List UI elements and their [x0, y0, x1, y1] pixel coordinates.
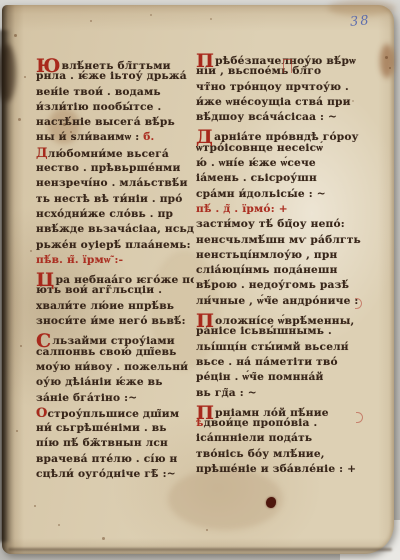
text-line: льі́шці́н сты́имй вьселн́	[196, 340, 362, 355]
text-line: за́ніе бга́тіно :~	[36, 391, 194, 406]
body-text: оу́ю дѣіа́ніи ѥ́же вь	[36, 376, 163, 388]
drop-cap-initial: П	[196, 52, 214, 71]
text-line: прѣше́ніе и зба́вле́ніе : +	[196, 462, 362, 477]
speck	[16, 430, 18, 432]
body-text: лю́бомни́ме вьсега́	[48, 148, 169, 160]
speck	[30, 250, 32, 252]
text-line: вѣ́дшоу вса́ча́сісаа : ~	[196, 110, 362, 125]
text-line: врачева́ пте́лю . сі́ю н	[36, 452, 194, 467]
body-text: и́зли́тію пообы́тсе .	[36, 101, 161, 113]
speck	[210, 18, 212, 20]
body-text: вѣ́дшоу вса́ча́сісаа : ~	[196, 111, 337, 123]
text-line: и́зли́тію пообы́тсе .	[36, 100, 194, 115]
body-text: іса́пнніели пода́ть	[196, 432, 312, 444]
body-text: ненстьці́нмлоу́ю , прн	[196, 249, 337, 261]
speck	[389, 67, 391, 69]
text-line: вен́іе твои́ . водамь	[36, 85, 194, 100]
text-line: Прѣбе́зпачелноу́ю вѣ́рѡ	[196, 49, 362, 64]
text-line: Дарніа́те про́вндѣ го́роу	[196, 125, 362, 140]
body-text: за́ніе бга́тіно :~	[36, 392, 137, 404]
body-text: іа́мень . сьісроу́шн	[196, 172, 317, 184]
rubric-margin-mark	[283, 59, 292, 73]
body-text: ть нестѣ вѣ ти́ніи . про́	[36, 193, 183, 205]
text-line: іа́мень . сьісроу́шн	[196, 171, 362, 186]
text-line: пі́ю пѣ́ бж̃твнын лсн	[36, 436, 194, 451]
text-line: Сльзайми строу́іами	[36, 329, 194, 344]
body-text: нсхо́дни́же сло́вь . пр	[36, 208, 173, 220]
text-line: пѣ́в. н̃. їрмѡ̃ :-	[36, 253, 194, 268]
speck	[385, 56, 388, 59]
text-line: и́же ѡне́соущіа ства́ при	[196, 95, 362, 110]
body-text: льі́шці́н сты́имй вьселн́	[196, 341, 349, 353]
drop-cap-initial: О	[36, 406, 48, 421]
text-line: Прніамн ло́й пѣ́ние	[196, 401, 362, 416]
text-line: пѣ́ . д̃ . їрмо́: +	[196, 202, 362, 217]
speck	[14, 34, 17, 37]
text-line: чт̃но тро́нцоу прчтоу́ю .	[196, 80, 362, 95]
body-text: врачева́ пте́лю . сі́ю н	[36, 453, 177, 465]
body-text: моу́ю ни́воу . пожельни́	[36, 361, 188, 373]
rubric-text: пѣ́ . д̃ . їрмо́: +	[196, 203, 288, 215]
text-line: зноси́те и́ме него́ вьвѣ́:	[36, 314, 194, 329]
text-line: оу́ю дѣіа́ніи ѥ́же вь	[36, 375, 194, 390]
text-line: моу́ю ни́воу . пожельни́	[36, 360, 194, 375]
rubric-text: пѣ́в. н̃. їрмѡ̃ :-	[36, 254, 123, 266]
text-line: Остроу́пльшисе дш̃им	[36, 406, 194, 421]
drop-cap-initial: Д	[196, 128, 213, 147]
body-text: рьже́н оуіерѣ́ плаа́немь:	[36, 239, 191, 251]
text-line: іса́пнніели пода́ть	[196, 431, 362, 446]
text-line: Длю́бомни́ме вьсега́	[36, 146, 194, 161]
body-text: ре́цін . ѡ́ч̃е помнна́й	[196, 371, 324, 383]
body-text: салпонвь свою́ дш̃евь	[36, 346, 177, 358]
text-line: Цра небнаа́го ѥго́же по	[36, 268, 194, 283]
text-line: вьсе . на́ па́метіти тво́	[196, 355, 362, 370]
text-line: сра́мн и́дольісы́е : ~	[196, 187, 362, 202]
body-text: строу́пльшисе дш̃им	[48, 408, 180, 420]
body-text: сра́мн и́дольісы́е : ~	[196, 188, 326, 200]
text-line: ненсчьлмѣ́шн мѵ ра́блгть	[196, 233, 362, 248]
text-line: нество . прѣвьрше́нми	[36, 161, 194, 176]
body-text: ні́и , вьспое́мь бл̃го	[196, 65, 321, 77]
body-text: сліа́юці́нмь пода́нешн	[196, 264, 338, 276]
speck	[34, 505, 36, 507]
text-line: ть нестѣ вѣ ти́ніи . про́	[36, 192, 194, 207]
text-line: сліа́юці́нмь пода́нешн	[196, 263, 362, 278]
drop-cap-initial: П	[196, 312, 214, 331]
binding-gutter-shadow	[0, 30, 11, 542]
body-text: вьсе . на́ па́метіти тво́	[196, 356, 338, 368]
body-text: ю́ . ѡні́е ѥ́же ѡ́сече	[196, 157, 316, 169]
body-text: нензречі́но . мла́ьствѣ́и	[36, 177, 188, 189]
body-text: нество . прѣвьрше́нми	[36, 162, 181, 174]
text-line: ненстьці́нмлоу́ю , прн	[196, 248, 362, 263]
speck	[102, 537, 105, 540]
text-line: ю́ . ѡні́е ѥ́же ѡ́сече	[196, 156, 362, 171]
speck	[24, 76, 26, 78]
body-text: пі́ю пѣ́ бж̃твнын лсн	[36, 437, 168, 449]
speck	[206, 529, 208, 531]
body-text: застн́моу тѣ́ бц̃оу непо́:	[196, 218, 345, 230]
body-text: зноси́те и́ме него́ вьвѣ́:	[36, 315, 186, 327]
ink-blot	[266, 497, 276, 508]
drop-cap-initial: Ю	[36, 57, 61, 76]
body-text: вен́іе твои́ . водамь	[36, 86, 161, 98]
speck	[90, 20, 92, 22]
text-line: ны и́ ѕли́ваимѡ : б̃.	[36, 130, 194, 145]
text-line: салпонвь свою́ дш̃евь	[36, 345, 194, 360]
drop-cap-initial: П	[196, 404, 214, 423]
rubric-text: б̃.	[139, 131, 154, 143]
text-line: Положні́се ѡ́врѣ́менны,	[196, 309, 362, 324]
stain-right-edge-spot	[380, 44, 394, 78]
body-text: и́же ѡне́соущіа ства́ при	[196, 96, 351, 108]
body-text: настѣ́ніе высега́ вѣ́рь	[36, 116, 175, 128]
body-text: двои́це пропо́віа .	[204, 417, 318, 429]
text-line: вь гд̃а : ~	[196, 386, 362, 401]
text-line: рьже́н оуіерѣ́ плаа́немь:	[36, 238, 194, 253]
drop-cap-initial: Ц	[36, 271, 55, 290]
body-text: хвали́те лю́ие нпрѣ́вь	[36, 300, 174, 312]
body-text: ни́ сьгрѣше́німи . вь	[36, 422, 167, 434]
drop-cap-initial: Д	[36, 146, 48, 161]
body-text: вь гд̃а : ~	[196, 387, 257, 399]
body-text: ра́нісе ісьвы́шнымь .	[196, 325, 332, 337]
speck	[18, 118, 21, 121]
drop-cap-initial: С	[36, 332, 51, 351]
text-line: ѣдвои́це пропо́віа .	[196, 416, 362, 431]
folio-number: 38	[349, 13, 371, 30]
leaf-bottom-edge-shadow	[8, 548, 392, 551]
body-text: прѣше́ніе и зба́вле́ніе : +	[196, 463, 356, 475]
speck	[150, 14, 152, 16]
body-text: ѡтро́ісовнце несеісѡ́	[196, 142, 323, 154]
text-line: хвали́те лю́ие нпрѣ́вь	[36, 299, 194, 314]
text-line: настѣ́ніе высега́ вѣ́рь	[36, 115, 194, 130]
body-text: ны и́ ѕли́ваимѡ :	[36, 131, 139, 143]
text-line: лн́чные , ѡ́ч̃е андро́ниче :	[196, 294, 362, 309]
body-text: чт̃но тро́нцоу прчтоу́ю .	[196, 81, 349, 93]
speck	[20, 345, 22, 347]
body-text: лн́чные , ѡ́ч̃е андро́ниче :	[196, 295, 359, 307]
text-line: нензречі́но . мла́ьствѣ́и	[36, 176, 194, 191]
text-line: тво́нісь бо́у млѣ́ние,	[196, 447, 362, 462]
body-text: сцѣли́ оуго́дніче гѣ̃ :~	[36, 468, 176, 480]
text-line: вѣ́рою . недоу́гомь разѣ́	[196, 278, 362, 293]
text-line: сцѣли́ оуго́дніче гѣ̃ :~	[36, 467, 194, 482]
text-line: нвѣ́жде вьзача́сіаа, нсьд	[36, 222, 194, 237]
body-text: тво́нісь бо́у млѣ́ние,	[196, 448, 325, 460]
text-line: ре́цін . ѡ́ч̃е помнна́й	[196, 370, 362, 385]
speck	[58, 524, 60, 526]
body-text: ненсчьлмѣ́шн мѵ ра́блгть	[196, 234, 361, 246]
text-line: нсхо́дни́же сло́вь . пр	[36, 207, 194, 222]
text-line: Ювлѣ́неть бл̃гтьми	[36, 54, 194, 69]
body-text: нвѣ́жде вьзача́сіаа, нсьд	[36, 223, 194, 235]
text-column-right: Прѣбе́зпачелноу́ю вѣ́рѡні́и , вьспое́мь …	[196, 49, 362, 489]
text-column-left: Ювлѣ́неть бл̃гтьмирнла . ѥ́же іьтоу́ дрь…	[36, 54, 194, 494]
body-text: вѣ́рою . недоу́гомь разѣ́	[196, 279, 349, 291]
text-line: ни́ сьгрѣше́німи . вь	[36, 421, 194, 436]
text-line: застн́моу тѣ́ бц̃оу непо́:	[196, 217, 362, 232]
